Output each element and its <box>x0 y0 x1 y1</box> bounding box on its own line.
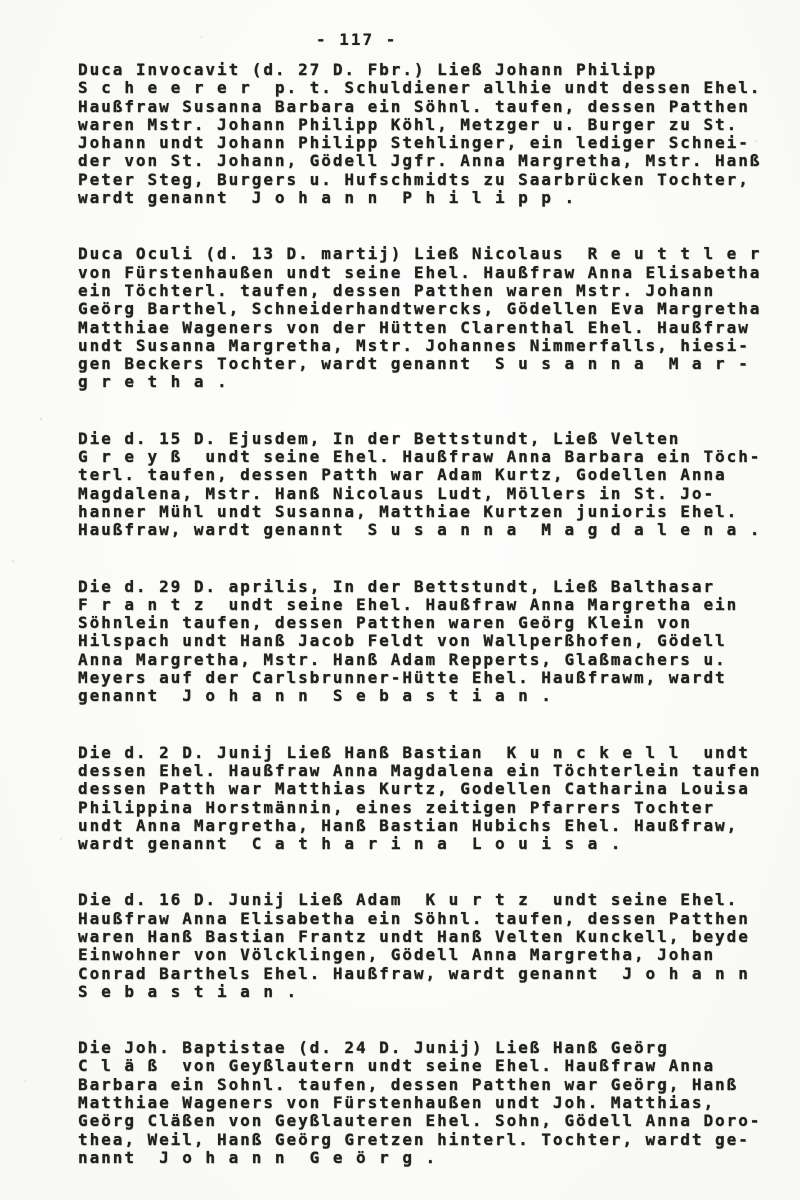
text-line: Barbara ein Sohnl. taufen, dessen Patthe… <box>78 1076 770 1094</box>
text-line: thea, Weil, Hanß Geörg Gretzen hinterl. … <box>78 1131 770 1149</box>
text-line: Conrad Barthels Ehel. Haußfraw, wardt ge… <box>78 965 770 983</box>
text-line: undt Anna Margretha, Hanß Bastian Hubich… <box>78 817 770 835</box>
text-line: S c h e e r e r p. t. Schuldiener allhie… <box>78 79 770 97</box>
text-line: g r e t h a . <box>78 373 770 391</box>
paragraph: Die d. 16 D. Junij Ließ Adam K u r t z u… <box>78 891 770 1001</box>
text-line: nannt J o h a n n G e ö r g . <box>78 1149 770 1167</box>
text-line: undt Susanna Margretha, Mstr. Johannes N… <box>78 337 770 355</box>
text-line: genannt J o h a n n S e b a s t i a n . <box>78 687 770 705</box>
text-line: Geörg Cläßen von Geyßlauteren Ehel. Sohn… <box>78 1112 770 1130</box>
text-line: Haußfraw Susanna Barbara ein Söhnl. tauf… <box>78 98 770 116</box>
paragraph: Die d. 2 D. Junij Ließ Hanß Bastian K u … <box>78 744 770 854</box>
text-line: Peter Steg, Burgers u. Hufschmidts zu Sa… <box>78 171 770 189</box>
text-line: Hilspach undt Hanß Jacob Feldt von Wallp… <box>78 632 770 650</box>
paragraph: Die d. 29 D. aprilis, In der Bettstundt,… <box>78 578 770 706</box>
text-line: terl. taufen, dessen Patth war Adam Kurt… <box>78 466 770 484</box>
text-line: von Fürstenhaußen undt seine Ehel. Haußf… <box>78 264 770 282</box>
text-line: Söhnlein taufen, dessen Patthen waren Ge… <box>78 614 770 632</box>
text-line: Geörg Barthel, Schneiderhandtwercks, Göd… <box>78 300 770 318</box>
text-line: hanner Mühl undt Susanna, Matthiae Kurtz… <box>78 503 770 521</box>
paragraph: Die d. 15 D. Ejusdem, In der Bettstundt,… <box>78 430 770 540</box>
text-line: waren Hanß Bastian Frantz undt Hanß Velt… <box>78 928 770 946</box>
text-line: waren Mstr. Johann Philipp Köhl, Metzger… <box>78 116 770 134</box>
text-line: gen Beckers Tochter, wardt genannt S u s… <box>78 355 770 373</box>
page-number: - 117 - <box>316 30 770 49</box>
document-body: Duca Invocavit (d. 27 D. Fbr.) Ließ Joha… <box>78 61 770 1167</box>
text-line: Haußfraw, wardt genannt S u s a n n a M … <box>78 521 770 539</box>
paragraph: Die Joh. Baptistae (d. 24 D. Junij) Ließ… <box>78 1039 770 1167</box>
text-line: dessen Patth war Matthias Kurtz, Godelle… <box>78 780 770 798</box>
text-line: ein Töchterl. taufen, dessen Patthen war… <box>78 282 770 300</box>
text-line: Die Joh. Baptistae (d. 24 D. Junij) Ließ… <box>78 1039 770 1057</box>
paragraph: Duca Invocavit (d. 27 D. Fbr.) Ließ Joha… <box>78 61 770 207</box>
text-line: Die d. 2 D. Junij Ließ Hanß Bastian K u … <box>78 744 770 762</box>
text-line: Die d. 29 D. aprilis, In der Bettstundt,… <box>78 578 770 596</box>
text-line: S e b a s t i a n . <box>78 983 770 1001</box>
text-line: Johann undt Johann Philipp Stehlinger, e… <box>78 134 770 152</box>
text-line: Die d. 15 D. Ejusdem, In der Bettstundt,… <box>78 430 770 448</box>
text-line: dessen Ehel. Haußfraw Anna Magdalena ein… <box>78 762 770 780</box>
text-line: Anna Margretha, Mstr. Hanß Adam Repperts… <box>78 651 770 669</box>
text-line: F r a n t z undt seine Ehel. Haußfraw An… <box>78 596 770 614</box>
text-line: Die d. 16 D. Junij Ließ Adam K u r t z u… <box>78 891 770 909</box>
text-line: Meyers auf der Carlsbrunner-Hütte Ehel. … <box>78 669 770 687</box>
text-line: Magdalena, Mstr. Hanß Nicolaus Ludt, Möl… <box>78 485 770 503</box>
text-line: wardt genannt C a t h a r i n a L o u i … <box>78 835 770 853</box>
text-line: wardt genannt J o h a n n P h i l i p p … <box>78 189 770 207</box>
paragraph: Duca Oculi (d. 13 D. martij) Ließ Nicola… <box>78 245 770 391</box>
text-line: Matthiae Wageners von der Hütten Clarent… <box>78 319 770 337</box>
text-line: der von St. Johann, Gödell Jgfr. Anna Ma… <box>78 152 770 170</box>
text-line: Einwohner von Völcklingen, Gödell Anna M… <box>78 946 770 964</box>
text-line: Philippina Horstmännin, eines zeitigen P… <box>78 799 770 817</box>
text-line: Haußfraw Anna Elisabetha ein Söhnl. tauf… <box>78 910 770 928</box>
text-line: Duca Invocavit (d. 27 D. Fbr.) Ließ Joha… <box>78 61 770 79</box>
text-line: G r e y ß undt seine Ehel. Haußfraw Anna… <box>78 448 770 466</box>
text-line: Matthiae Wageners von Fürstenhaußen undt… <box>78 1094 770 1112</box>
scan-speckles <box>0 0 2 2</box>
scanned-document-page: - 117 - Duca Invocavit (d. 27 D. Fbr.) L… <box>0 0 800 1200</box>
text-line: Duca Oculi (d. 13 D. martij) Ließ Nicola… <box>78 245 770 263</box>
text-line: C l ä ß von Geyßlautern undt seine Ehel.… <box>78 1057 770 1075</box>
